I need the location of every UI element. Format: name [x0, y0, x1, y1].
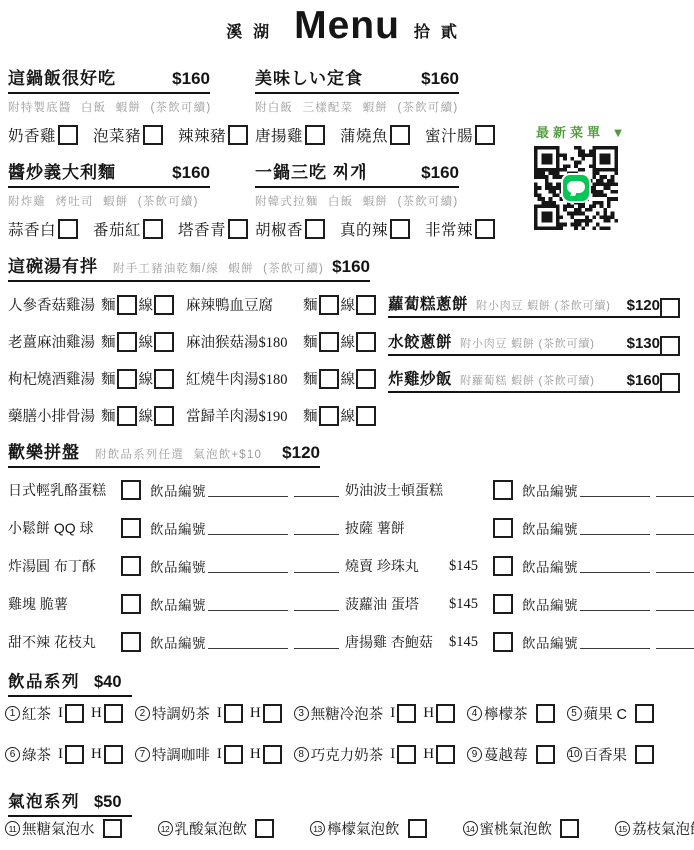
drink-number-label: 飲品編號: [522, 632, 578, 652]
platter-item-price: $145: [449, 558, 493, 575]
drink-number-label: 飲品編號: [150, 480, 206, 500]
option-checkbox[interactable]: [305, 125, 325, 145]
menu-page: 溪湖 Menu 拾貳 最新菜單 ▼ 這鍋飯很好吃 $160 附特製底醬 白飯 蝦…: [0, 0, 694, 850]
hot-label: H: [250, 705, 261, 722]
drink-name: 無糖冷泡茶: [311, 703, 384, 724]
section-pasta: 醬炒義大利麵 $160 附炸雞 烤吐司 蝦餅 (茶飲可續) 蒜香白 番茄紅 塔香…: [8, 158, 210, 240]
section-header: 這碗湯有拌 附手工豬油乾麵/線 蝦餅 (茶飲可續) $160: [8, 252, 370, 282]
option-checkbox[interactable]: [390, 125, 410, 145]
drink-name: 蘋果 C: [584, 703, 628, 724]
iced-label: I: [390, 705, 395, 722]
iced-label: I: [58, 746, 63, 763]
soda-item: 14 蜜桃氣泡飲: [463, 818, 580, 839]
iced-checkbox[interactable]: [224, 745, 243, 764]
side-item-title: 炸雞炒飯: [388, 367, 452, 389]
section-price: $160: [421, 163, 459, 183]
drink-number-line[interactable]: [294, 483, 339, 497]
header-suffix: 拾貳: [414, 11, 468, 42]
drink-number-line[interactable]: [580, 483, 650, 497]
platter-checkbox[interactable]: [493, 480, 513, 500]
section-price: $160: [421, 69, 459, 89]
platter-checkbox[interactable]: [121, 632, 141, 652]
side-item-checkbox[interactable]: [660, 336, 680, 356]
option-checkbox[interactable]: [143, 219, 163, 239]
platter-item-name: 奶油波士頓蛋糕: [345, 480, 449, 500]
platter-item-name: 雞塊 脆薯: [8, 594, 121, 614]
hot-checkbox[interactable]: [436, 745, 455, 764]
soup-name: 紅燒牛肉湯$180: [186, 368, 303, 389]
section-title: 歡樂拼盤: [8, 438, 80, 463]
drink-name: 荔枝氣泡飲: [632, 818, 694, 839]
side-item-main: 炸雞炒飯 附蘿蔔糕 蝦餅 (茶飲可續) $160: [388, 367, 660, 393]
soup-item: 藥膳小排骨湯 麵 線: [8, 405, 176, 426]
noodle-checkbox[interactable]: [319, 369, 339, 389]
platter-checkbox[interactable]: [121, 556, 141, 576]
soup-name-text: 麻油猴菇湯: [186, 335, 259, 351]
option-checkbox[interactable]: [475, 125, 495, 145]
soup-price: $180: [259, 335, 288, 351]
section-price: $50: [94, 793, 122, 812]
side-item-main: 水餃蔥餅 附小肉豆 蝦餅 (茶飲可續) $130: [388, 330, 660, 356]
drink-number-label: 飲品編號: [150, 632, 206, 652]
noodle-checkbox[interactable]: [117, 332, 137, 352]
option-checkbox[interactable]: [390, 219, 410, 239]
section-title: 美味しい定食: [255, 64, 363, 89]
option-label: 蜜汁腸: [425, 124, 473, 146]
noodle-checkbox[interactable]: [117, 369, 137, 389]
soup-name-text: 紅燒牛肉湯: [186, 372, 259, 388]
section-price: $160: [332, 257, 370, 277]
drink-number-line[interactable]: [580, 521, 650, 535]
drink-item: 3 無糖冷泡茶 I H: [294, 703, 455, 724]
drink-number-line[interactable]: [294, 597, 339, 611]
thin-noodle-label: 線: [139, 331, 154, 352]
drink-name: 檸檬氣泡飲: [327, 818, 400, 839]
section-price: $160: [172, 69, 210, 89]
side-item-note: 附小肉豆 蝦餅 (茶飲可續): [476, 297, 611, 313]
option-label: 真的辣: [340, 218, 388, 240]
drink-number-badge: 7: [135, 747, 150, 762]
section-note: 附手工豬油乾麵/線 蝦餅 (茶飲可續): [113, 260, 324, 276]
drink-name: 乳酸氣泡飲: [175, 818, 248, 839]
side-item-note: 附小肉豆 蝦餅 (茶飲可續): [460, 335, 595, 351]
page-header: 溪湖 Menu 拾貳: [0, 4, 694, 48]
soup-name: 當歸羊肉湯$190: [186, 405, 303, 426]
platter-item-price: $145: [449, 596, 493, 613]
section-title: 醬炒義大利麵: [8, 158, 116, 183]
drink-checkbox[interactable]: [635, 745, 654, 764]
option: 塔香青: [178, 218, 248, 240]
option-label: 蒲燒魚: [340, 124, 388, 146]
drink-checkbox[interactable]: [635, 704, 654, 723]
noodle-label: 麵: [101, 331, 116, 352]
platter-item: 菠蘿油 蛋塔 $145 飲品編號: [345, 594, 694, 614]
soda-row: 11 無糖氣泡水 12 乳酸氣泡飲 13 檸檬氣泡飲 14 蜜桃氣泡飲 15 荔…: [5, 818, 694, 839]
drink-number-label: 飲品編號: [150, 556, 206, 576]
side-item-note: 附蘿蔔糕 蝦餅 (茶飲可續): [460, 372, 595, 388]
section-title: 氣泡系列: [8, 788, 80, 812]
side-item-dumpling-pancake: 水餃蔥餅 附小肉豆 蝦餅 (茶飲可續) $130: [388, 330, 680, 356]
section-header: 歡樂拼盤 附飲品系列任選 氣泡飲+$10 $120: [8, 438, 320, 468]
drink-number-badge: 9: [467, 747, 482, 762]
soup-name-text: 麻辣鴨血豆腐: [186, 298, 273, 314]
side-item-checkbox[interactable]: [660, 373, 680, 393]
drink-item: 4 檸檬茶: [467, 703, 555, 724]
platter-checkbox[interactable]: [493, 594, 513, 614]
drink-number-badge: 10: [567, 747, 582, 762]
thin-noodle-checkbox[interactable]: [154, 295, 174, 315]
option-label: 辣辣豬: [178, 124, 226, 146]
drink-name: 蔓越莓: [484, 744, 528, 765]
drink-number-line[interactable]: [580, 635, 650, 649]
section-options: 奶香雞 泡菜豬 辣辣豬: [8, 124, 210, 146]
drink-number-badge: 12: [158, 821, 173, 836]
drink-number-label: 飲品編號: [522, 594, 578, 614]
section-rice-pot: 這鍋飯很好吃 $160 附特製底醬 白飯 蝦餅 (茶飲可續) 奶香雞 泡菜豬 辣…: [8, 64, 210, 146]
drink-number-line[interactable]: [208, 559, 288, 573]
noodle-label: 麵: [101, 368, 116, 389]
drink-name: 檸檬茶: [484, 703, 528, 724]
soda-item: 11 無糖氣泡水: [5, 818, 122, 839]
platter-item-name: 菠蘿油 蛋塔: [345, 594, 449, 614]
option-label: 非常辣: [425, 218, 473, 240]
option-label: 唐揚雞: [255, 124, 303, 146]
drink-number-line[interactable]: [294, 635, 339, 649]
soup-price: $180: [259, 372, 288, 388]
thin-noodle-checkbox[interactable]: [356, 295, 376, 315]
hot-label: H: [423, 705, 434, 722]
page-title: Menu: [294, 4, 400, 48]
option: 番茄紅: [93, 218, 163, 240]
section-header: 醬炒義大利麵 $160: [8, 158, 210, 188]
platter-item: 甜不辣 花枝丸 飲品編號: [8, 632, 339, 652]
option: 蜜汁腸: [425, 124, 495, 146]
option: 辣辣豬: [178, 124, 248, 146]
side-item-checkbox[interactable]: [660, 298, 680, 318]
platter-item: 日式輕乳酪蛋糕 飲品編號: [8, 480, 339, 500]
hot-checkbox[interactable]: [436, 704, 455, 723]
soup-name-text: 當歸羊肉湯: [186, 409, 259, 425]
side-item-main: 蘿蔔糕蔥餅 附小肉豆 蝦餅 (茶飲可續) $120: [388, 292, 660, 318]
thin-noodle-label: 線: [139, 368, 154, 389]
platter-item: 小鬆餅 QQ 球 飲品編號: [8, 518, 339, 538]
option-checkbox[interactable]: [228, 125, 248, 145]
section-title: 飲品系列: [8, 668, 80, 692]
soup-name: 麻油猴菇湯$180: [186, 331, 303, 352]
iced-checkbox[interactable]: [65, 704, 84, 723]
drink-number-label: 飲品編號: [522, 556, 578, 576]
hot-checkbox[interactable]: [104, 745, 123, 764]
soup-item: 麻油猴菇湯$180 麵 線: [186, 331, 378, 352]
option: 唐揚雞: [255, 124, 325, 146]
iced-label: I: [390, 746, 395, 763]
drink-checkbox[interactable]: [536, 704, 555, 723]
iced-checkbox[interactable]: [65, 745, 84, 764]
drink-number-badge: 8: [294, 747, 309, 762]
platter-item: 炸湯圓 布丁酥 飲品編號: [8, 556, 339, 576]
option-checkbox[interactable]: [475, 219, 495, 239]
section-price: $160: [172, 163, 210, 183]
soup-name: 藥膳小排骨湯: [8, 405, 101, 426]
drink-number-line[interactable]: [208, 521, 288, 535]
drink-name: 百香果: [584, 744, 628, 765]
drink-name: 蜜桃氣泡飲: [480, 818, 553, 839]
drink-number-line[interactable]: [656, 559, 694, 573]
option-checkbox[interactable]: [58, 125, 78, 145]
drinks-section-header: 飲品系列 $40: [8, 668, 132, 697]
platter-item-name: 披薩 薯餅: [345, 518, 449, 538]
thin-noodle-label: 線: [341, 368, 356, 389]
platter-checkbox[interactable]: [493, 632, 513, 652]
noodle-label: 麵: [101, 294, 116, 315]
option-checkbox[interactable]: [228, 219, 248, 239]
drink-number-line[interactable]: [656, 597, 694, 611]
section-price: $120: [282, 443, 320, 463]
drink-name: 特調咖啡: [152, 744, 210, 765]
hot-label: H: [250, 746, 261, 763]
drink-number-line[interactable]: [656, 483, 694, 497]
section-soup: 這碗湯有拌 附手工豬油乾麵/線 蝦餅 (茶飲可續) $160: [8, 252, 370, 282]
thin-noodle-checkbox[interactable]: [154, 332, 174, 352]
drink-item: 2 特調奶茶 I H: [135, 703, 282, 724]
drink-number-line[interactable]: [656, 521, 694, 535]
thin-noodle-label: 線: [139, 405, 154, 426]
latest-menu-link[interactable]: 最新菜單 ▼: [536, 122, 628, 141]
drink-number-badge: 6: [5, 747, 20, 762]
option-checkbox[interactable]: [58, 219, 78, 239]
noodle-label: 麵: [303, 294, 318, 315]
platter-item-name: 小鬆餅 QQ 球: [8, 518, 121, 538]
drink-number-badge: 1: [5, 706, 20, 721]
drink-number-badge: 11: [5, 821, 20, 836]
section-teishoku: 美味しい定食 $160 附白飯 三樣配菜 蝦餅 (茶飲可續) 唐揚雞 蒲燒魚 蜜…: [255, 64, 459, 146]
platter-item: 奶油波士頓蛋糕 飲品編號: [345, 480, 694, 500]
drink-number-badge: 2: [135, 706, 150, 721]
platter-item-name: 甜不辣 花枝丸: [8, 632, 121, 652]
section-options: 蒜香白 番茄紅 塔香青: [8, 218, 210, 240]
drink-number-line[interactable]: [656, 635, 694, 649]
platter-checkbox[interactable]: [121, 480, 141, 500]
noodle-label: 麵: [303, 405, 318, 426]
soup-item: 紅燒牛肉湯$180 麵 線: [186, 368, 378, 389]
iced-label: I: [217, 746, 222, 763]
hot-label: H: [91, 746, 102, 763]
drink-number-line[interactable]: [208, 597, 288, 611]
drink-number-label: 飲品編號: [522, 480, 578, 500]
platter-item: 雞塊 脆薯 飲品編號: [8, 594, 339, 614]
soup-item: 麻辣鴨血豆腐 麵 線: [186, 294, 378, 315]
drink-item: 9 蔓越莓: [467, 744, 555, 765]
section-price: $40: [94, 673, 122, 692]
hot-checkbox[interactable]: [263, 745, 282, 764]
qr-code: [533, 146, 619, 230]
soup-item: 枸杞燒酒雞湯 麵 線: [8, 368, 176, 389]
soup-name: 麻辣鴨血豆腐: [186, 294, 303, 315]
thin-noodle-checkbox[interactable]: [356, 406, 376, 426]
drink-number-line[interactable]: [208, 635, 288, 649]
option: 非常辣: [425, 218, 495, 240]
platter-checkbox[interactable]: [493, 556, 513, 576]
option: 蒲燒魚: [340, 124, 410, 146]
thin-noodle-checkbox[interactable]: [154, 369, 174, 389]
soup-item: 人參香菇雞湯 麵 線: [8, 294, 176, 315]
side-item-price: $160: [627, 372, 660, 389]
drink-checkbox[interactable]: [408, 819, 427, 838]
line-app-icon: [563, 175, 589, 201]
section-note: 附白飯 三樣配菜 蝦餅 (茶飲可續): [255, 99, 459, 115]
drink-item: 1 紅茶 I H: [5, 703, 123, 724]
drink-number-badge: 4: [467, 706, 482, 721]
section-header: 美味しい定食 $160: [255, 64, 459, 94]
drink-name: 無糖氣泡水: [22, 818, 95, 839]
section-note: 附韓式拉麵 白飯 蝦餅 (茶飲可續): [255, 193, 459, 209]
iced-label: I: [58, 705, 63, 722]
drinks-row: 6 綠茶 I H 7 特調咖啡 I H 8 巧克力奶茶 I H 9 蔓越莓 10…: [5, 744, 654, 765]
thin-noodle-checkbox[interactable]: [356, 332, 376, 352]
section-note: 附飲品系列任選 氣泡飲+$10: [95, 446, 262, 462]
soup-name: 人參香菇雞湯: [8, 294, 101, 315]
option-label: 番茄紅: [93, 218, 141, 240]
drinks-row: 1 紅茶 I H 2 特調奶茶 I H 3 無糖冷泡茶 I H 4 檸檬茶 5 …: [5, 703, 654, 724]
side-item-title: 水餃蔥餅: [388, 330, 452, 352]
option: 泡菜豬: [93, 124, 163, 146]
section-note: 附炸雞 烤吐司 蝦餅 (茶飲可續): [8, 193, 210, 209]
noodle-checkbox[interactable]: [117, 295, 137, 315]
drink-checkbox[interactable]: [536, 745, 555, 764]
thin-noodle-checkbox[interactable]: [356, 369, 376, 389]
option-checkbox[interactable]: [305, 219, 325, 239]
drink-number-badge: 15: [615, 821, 630, 836]
hot-checkbox[interactable]: [263, 704, 282, 723]
section-note: 附特製底醬 白飯 蝦餅 (茶飲可續): [8, 99, 210, 115]
side-item-turnip-cake: 蘿蔔糕蔥餅 附小肉豆 蝦餅 (茶飲可續) $120: [388, 292, 680, 318]
side-item-fried-chicken-rice: 炸雞炒飯 附蘿蔔糕 蝦餅 (茶飲可續) $160: [388, 367, 680, 393]
soup-price: $190: [259, 409, 288, 425]
soda-item: 13 檸檬氣泡飲: [310, 818, 427, 839]
hot-label: H: [423, 746, 434, 763]
iced-label: I: [217, 705, 222, 722]
drink-name: 綠茶: [22, 744, 51, 765]
option-checkbox[interactable]: [143, 125, 163, 145]
noodle-label: 麵: [303, 368, 318, 389]
section-header: 一鍋三吃 찌개 $160: [255, 158, 459, 188]
section-options: 唐揚雞 蒲燒魚 蜜汁腸: [255, 124, 459, 146]
platter-item-price: $145: [449, 634, 493, 651]
option-label: 塔香青: [178, 218, 226, 240]
platter-checkbox[interactable]: [121, 594, 141, 614]
drink-item: 6 綠茶 I H: [5, 744, 123, 765]
thin-noodle-label: 線: [139, 294, 154, 315]
option-label: 胡椒香: [255, 218, 303, 240]
soda-section-header: 氣泡系列 $50: [8, 788, 132, 817]
section-jjigae: 一鍋三吃 찌개 $160 附韓式拉麵 白飯 蝦餅 (茶飲可續) 胡椒香 真的辣 …: [255, 158, 459, 240]
platter-checkbox[interactable]: [493, 518, 513, 538]
platter-checkbox[interactable]: [121, 518, 141, 538]
iced-checkbox[interactable]: [397, 704, 416, 723]
soda-item: 15 荔枝氣泡飲: [615, 818, 694, 839]
platter-item-name: 炸湯圓 布丁酥: [8, 556, 121, 576]
drink-checkbox[interactable]: [255, 819, 274, 838]
noodle-checkbox[interactable]: [319, 332, 339, 352]
drink-item: 10 百香果: [567, 744, 655, 765]
drink-number-line[interactable]: [580, 559, 650, 573]
thin-noodle-label: 線: [341, 294, 356, 315]
side-item-price: $120: [627, 297, 660, 314]
section-platter: 歡樂拼盤 附飲品系列任選 氣泡飲+$10 $120: [8, 438, 320, 468]
drink-number-badge: 3: [294, 706, 309, 721]
hot-label: H: [91, 705, 102, 722]
drink-item: 5 蘋果 C: [567, 703, 655, 724]
platter-item-name: 唐揚雞 杏鮑菇: [345, 632, 449, 652]
soup-name: 枸杞燒酒雞湯: [8, 368, 101, 389]
drink-number-label: 飲品編號: [522, 518, 578, 538]
drink-item: 7 特調咖啡 I H: [135, 744, 282, 765]
option: 真的辣: [340, 218, 410, 240]
iced-checkbox[interactable]: [224, 704, 243, 723]
section-title: 一鍋三吃 찌개: [255, 158, 368, 183]
section-options: 胡椒香 真的辣 非常辣: [255, 218, 459, 240]
noodle-checkbox[interactable]: [319, 406, 339, 426]
section-title: 這碗湯有拌: [8, 252, 98, 277]
soda-item: 12 乳酸氣泡飲: [158, 818, 275, 839]
drink-number-line[interactable]: [208, 483, 288, 497]
drink-number-label: 飲品編號: [150, 594, 206, 614]
thin-noodle-checkbox[interactable]: [154, 406, 174, 426]
side-item-title: 蘿蔔糕蔥餅: [388, 292, 468, 314]
section-header: 這鍋飯很好吃 $160: [8, 64, 210, 94]
drink-item: 8 巧克力奶茶 I H: [294, 744, 455, 765]
drink-checkbox[interactable]: [560, 819, 579, 838]
drink-number-badge: 13: [310, 821, 325, 836]
drink-number-line[interactable]: [294, 559, 339, 573]
noodle-checkbox[interactable]: [319, 295, 339, 315]
noodle-label: 麵: [101, 405, 116, 426]
noodle-label: 麵: [303, 331, 318, 352]
soup-item: 當歸羊肉湯$190 麵 線: [186, 405, 378, 426]
platter-item: 燒賣 珍珠丸 $145 飲品編號: [345, 556, 694, 576]
option: 蒜香白: [8, 218, 78, 240]
drink-checkbox[interactable]: [103, 819, 122, 838]
drink-number-badge: 14: [463, 821, 478, 836]
platter-item: 唐揚雞 杏鮑菇 $145 飲品編號: [345, 632, 694, 652]
platter-item-name: 日式輕乳酪蛋糕: [8, 480, 121, 500]
drink-number-line[interactable]: [580, 597, 650, 611]
drink-name: 特調奶茶: [152, 703, 210, 724]
drink-name: 紅茶: [22, 703, 51, 724]
soup-item: 老薑麻油雞湯 麵 線: [8, 331, 176, 352]
side-item-price: $130: [627, 335, 660, 352]
drink-number-badge: 5: [567, 706, 582, 721]
option-label: 泡菜豬: [93, 124, 141, 146]
platter-item-name: 燒賣 珍珠丸: [345, 556, 449, 576]
drink-number-line[interactable]: [294, 521, 339, 535]
iced-checkbox[interactable]: [397, 745, 416, 764]
hot-checkbox[interactable]: [104, 704, 123, 723]
noodle-checkbox[interactable]: [117, 406, 137, 426]
drink-name: 巧克力奶茶: [311, 744, 384, 765]
section-title: 這鍋飯很好吃: [8, 64, 116, 89]
drink-number-label: 飲品編號: [150, 518, 206, 538]
thin-noodle-label: 線: [341, 331, 356, 352]
soup-name: 老薑麻油雞湯: [8, 331, 101, 352]
thin-noodle-label: 線: [341, 405, 356, 426]
platter-item: 披薩 薯餅 飲品編號: [345, 518, 694, 538]
option-label: 蒜香白: [8, 218, 56, 240]
option-label: 奶香雞: [8, 124, 56, 146]
option: 胡椒香: [255, 218, 325, 240]
header-prefix: 溪湖: [226, 11, 280, 42]
option: 奶香雞: [8, 124, 78, 146]
